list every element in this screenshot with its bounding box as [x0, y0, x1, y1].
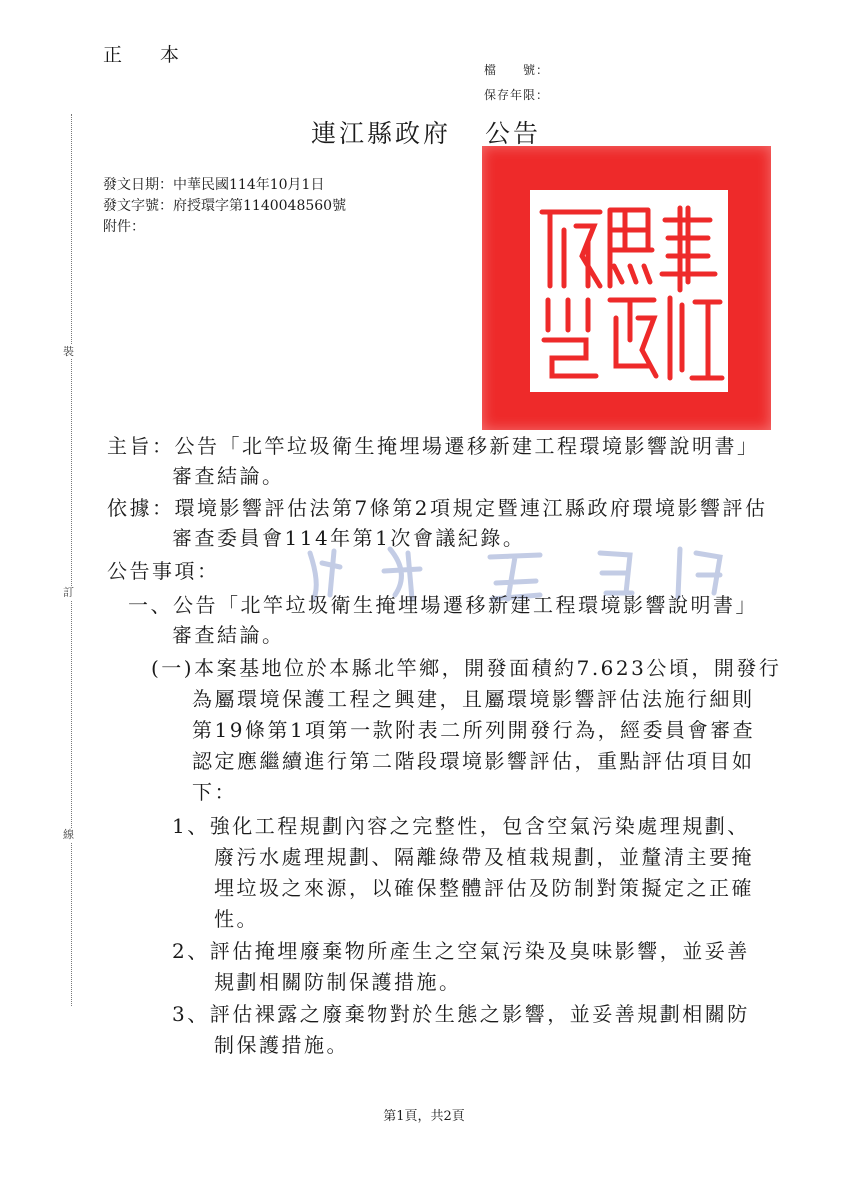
notice-heading: 公告事項：	[107, 555, 220, 584]
page-number: 第1頁，共2頁	[0, 1105, 848, 1124]
eval-item-1-line-1: 1、強化工程規劃內容之完整性，包含空氣污染處理規劃、	[172, 810, 750, 839]
eval-item-1-line-3: 埋垃圾之來源，以確保整體評估及防制對策擬定之正確	[214, 872, 754, 901]
binding-line	[71, 114, 72, 1006]
basis-line-2: 審查委員會114年第1次會議紀錄。	[172, 522, 525, 551]
eval-item-3-line-2: 制保護措施。	[214, 1029, 349, 1058]
reference-number: 發文字號：府授環字第1140048560號	[103, 196, 346, 217]
seal-inscription	[530, 190, 728, 392]
copy-mark: 正 本	[103, 40, 195, 67]
basis-line-1: 依據：環境影響評估法第7條第2項規定暨連江縣政府環境影響評估	[107, 492, 767, 521]
sub-item-line-4: 認定應繼續進行第二階段環境影響評估，重點評估項目如	[192, 745, 755, 774]
issuer-name: 連江縣政府	[311, 119, 451, 148]
item-one-line-1: 一、公告「北竿垃圾衛生掩埋場遷移新建工程環境影響說明書」	[128, 589, 758, 618]
eval-item-2-line-1: 2、評估掩埋廢棄物所產生之空氣污染及臭味影響，並妥善	[172, 935, 750, 964]
item-one-line-2: 審查結論。	[172, 619, 285, 648]
subject-line-1: 主旨：公告「北竿垃圾衛生掩埋場遷移新建工程環境影響說明書」	[107, 430, 760, 459]
sub-item-line-5: 下：	[192, 776, 237, 805]
sub-item-line-1: (一)本案基地位於本縣北竿鄉，開發面積約7.623公頃，開發行	[151, 652, 781, 681]
archive-number-label: 檔 號：	[484, 61, 549, 78]
official-seal	[482, 146, 771, 430]
subject-line-2: 審查結論。	[172, 460, 285, 489]
binding-mark-ding: 訂	[63, 586, 74, 600]
document-type: 公告	[485, 119, 541, 148]
attachment-label: 附件：	[103, 217, 346, 238]
eval-item-1-line-2: 廢污水處理規劃、隔離綠帶及植栽規劃，並釐清主要掩	[214, 841, 754, 870]
eval-item-2-line-2: 規劃相關防制保護措施。	[214, 966, 462, 995]
eval-item-1-line-4: 性。	[214, 903, 259, 932]
eval-item-3-line-1: 3、評估裸露之廢棄物對於生態之影響，並妥善規劃相關防	[172, 998, 750, 1027]
header-fields: 發文日期：中華民國114年10月1日 發文字號：府授環字第1140048560號…	[103, 175, 346, 238]
binding-mark-zhuang: 裝	[63, 345, 74, 359]
seal-glyphs-icon	[530, 190, 728, 392]
retention-period-label: 保存年限：	[484, 86, 549, 103]
sub-item-line-2: 為屬環境保護工程之興建，且屬環境影響評估法施行細則	[192, 683, 755, 712]
issue-date: 發文日期：中華民國114年10月1日	[103, 175, 346, 196]
sub-item-line-3: 第19條第1項第一款附表二所列開發行為，經委員會審查	[192, 714, 755, 743]
binding-mark-xian: 線	[63, 828, 74, 842]
document-title: 連江縣政府公告	[311, 114, 541, 150]
